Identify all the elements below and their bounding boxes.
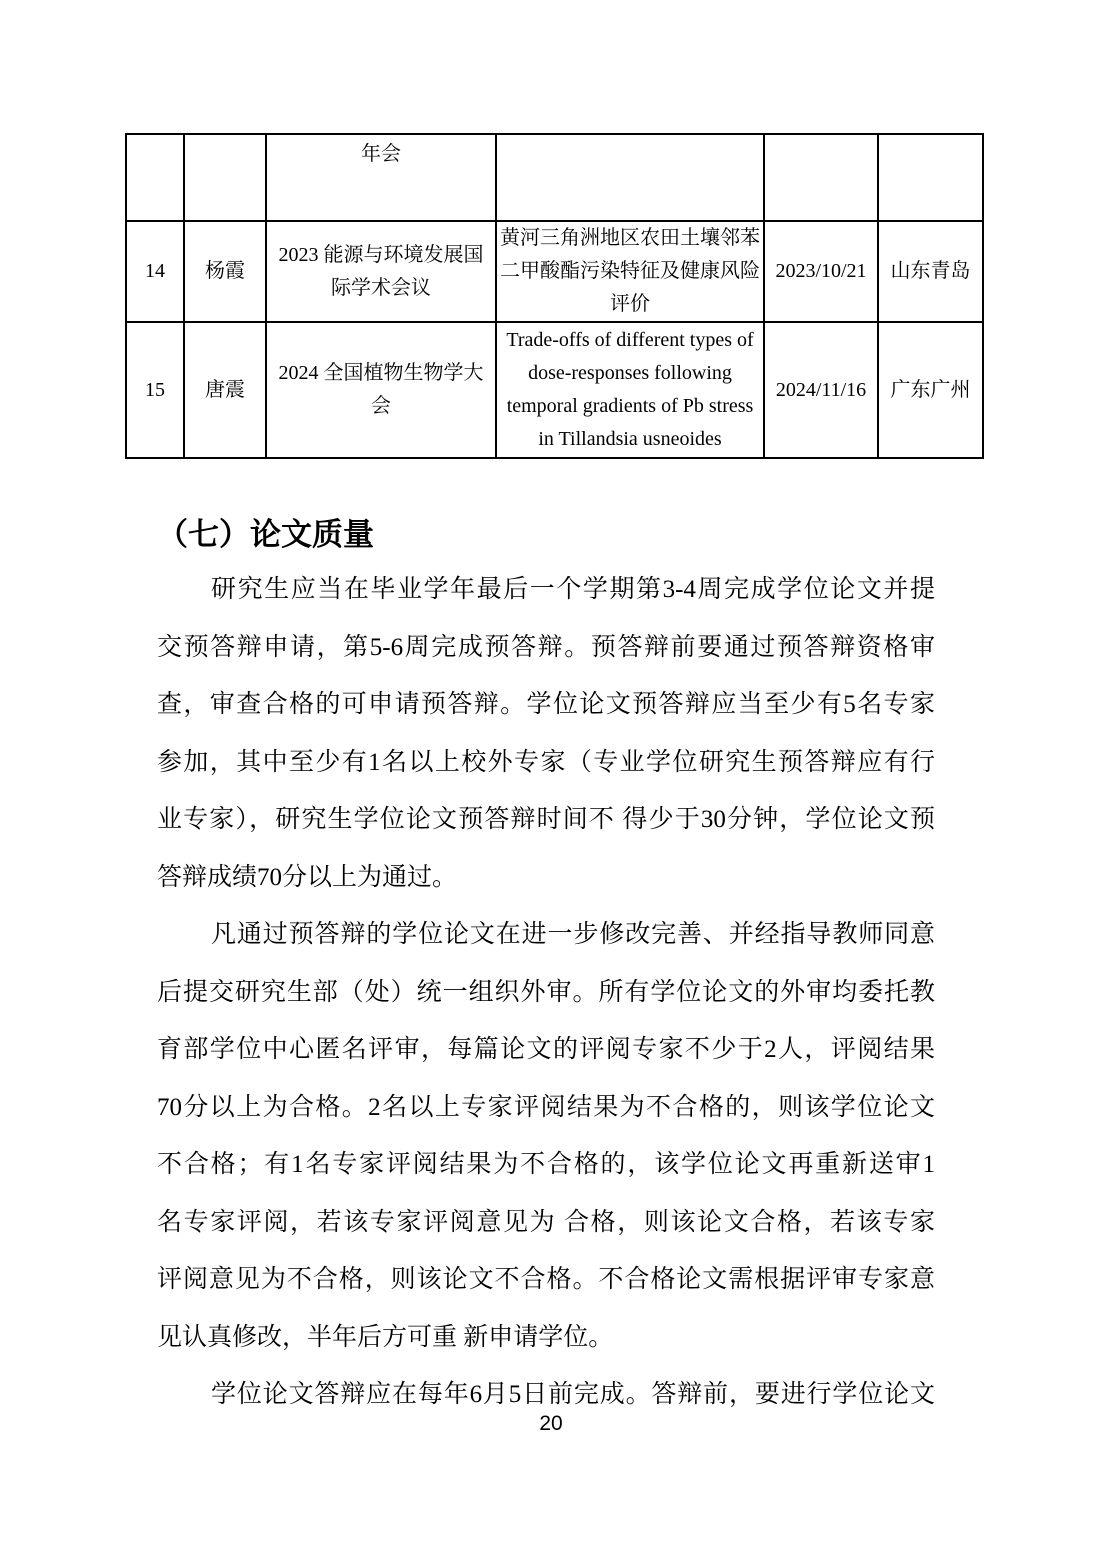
body-line: 育部学位中心匿名评审，每篇论文的评阅专家不少于2人，评阅结果: [157, 1021, 935, 1079]
cell-name: [184, 134, 266, 221]
conference-table: 年会 14 杨霞 2023 能源与环境发展国际学术会议 黄河三角洲地区农田土壤邻…: [125, 133, 984, 459]
cell-location: 山东青岛: [878, 221, 983, 322]
body-line: 凡通过预答辩的学位论文在进一步修改完善、并经指导教师同意: [157, 906, 935, 964]
body-line: 后提交研究生部（处）统一组织外审。所有学位论文的外审均委托教: [157, 964, 935, 1022]
section-heading: （七）论文质量: [157, 512, 937, 558]
body-line: 业专家），研究生学位论文预答辩时间不 得少于30分钟，学位论文预: [157, 791, 935, 849]
body-line: 70分以上为合格。2名以上专家评阅结果为不合格的，则该学位论文: [157, 1079, 935, 1137]
body-line: 名专家评阅，若该专家评阅意见为 合格，则该论文合格，若该专家: [157, 1194, 935, 1252]
body-line: 不合格；有1名专家评阅结果为不合格的，该学位论文再重新送审1: [157, 1136, 935, 1194]
body-text: 研究生应当在毕业学年最后一个学期第3-4周完成学位论文并提 交预答辩申请，第5-…: [157, 561, 935, 1424]
cell-no: 15: [126, 322, 184, 458]
cell-date: 2024/11/16: [764, 322, 878, 458]
cell-no: 14: [126, 221, 184, 322]
cell-name: 杨霞: [184, 221, 266, 322]
cell-date: 2023/10/21: [764, 221, 878, 322]
table-row: 14 杨霞 2023 能源与环境发展国际学术会议 黄河三角洲地区农田土壤邻苯二甲…: [126, 221, 983, 322]
cell-title: 黄河三角洲地区农田土壤邻苯二甲酸酯污染特征及健康风险评价: [496, 221, 764, 322]
cell-title: [496, 134, 764, 221]
cell-location: 广东广州: [878, 322, 983, 458]
cell-title: Trade-offs of different types of dose-re…: [496, 322, 764, 458]
cell-name: 唐震: [184, 322, 266, 458]
cell-conference: 2024 全国植物生物学大会: [266, 322, 496, 458]
document-page: 年会 14 杨霞 2023 能源与环境发展国际学术会议 黄河三角洲地区农田土壤邻…: [0, 0, 1102, 1559]
page-number: 20: [0, 1412, 1102, 1436]
cell-no: [126, 134, 184, 221]
body-line: 评阅意见为不合格，则该论文不合格。不合格论文需根据评审专家意: [157, 1251, 935, 1309]
body-line: 见认真修改，半年后方可重 新申请学位。: [157, 1309, 935, 1367]
body-line: 答辩成绩70分以上为通过。: [157, 849, 935, 907]
cell-conference: 2023 能源与环境发展国际学术会议: [266, 221, 496, 322]
cell-location: [878, 134, 983, 221]
body-line: 交预答辩申请，第5-6周完成预答辩。预答辩前要通过预答辩资格审: [157, 619, 935, 677]
table-row: 年会: [126, 134, 983, 221]
cell-conference: 年会: [266, 134, 496, 221]
body-line: 参加，其中至少有1名以上校外专家（专业学位研究生预答辩应有行: [157, 734, 935, 792]
table-row: 15 唐震 2024 全国植物生物学大会 Trade-offs of diffe…: [126, 322, 983, 458]
cell-date: [764, 134, 878, 221]
body-line: 研究生应当在毕业学年最后一个学期第3-4周完成学位论文并提: [157, 561, 935, 619]
body-line: 查，审查合格的可申请预答辩。学位论文预答辩应当至少有5名专家: [157, 676, 935, 734]
